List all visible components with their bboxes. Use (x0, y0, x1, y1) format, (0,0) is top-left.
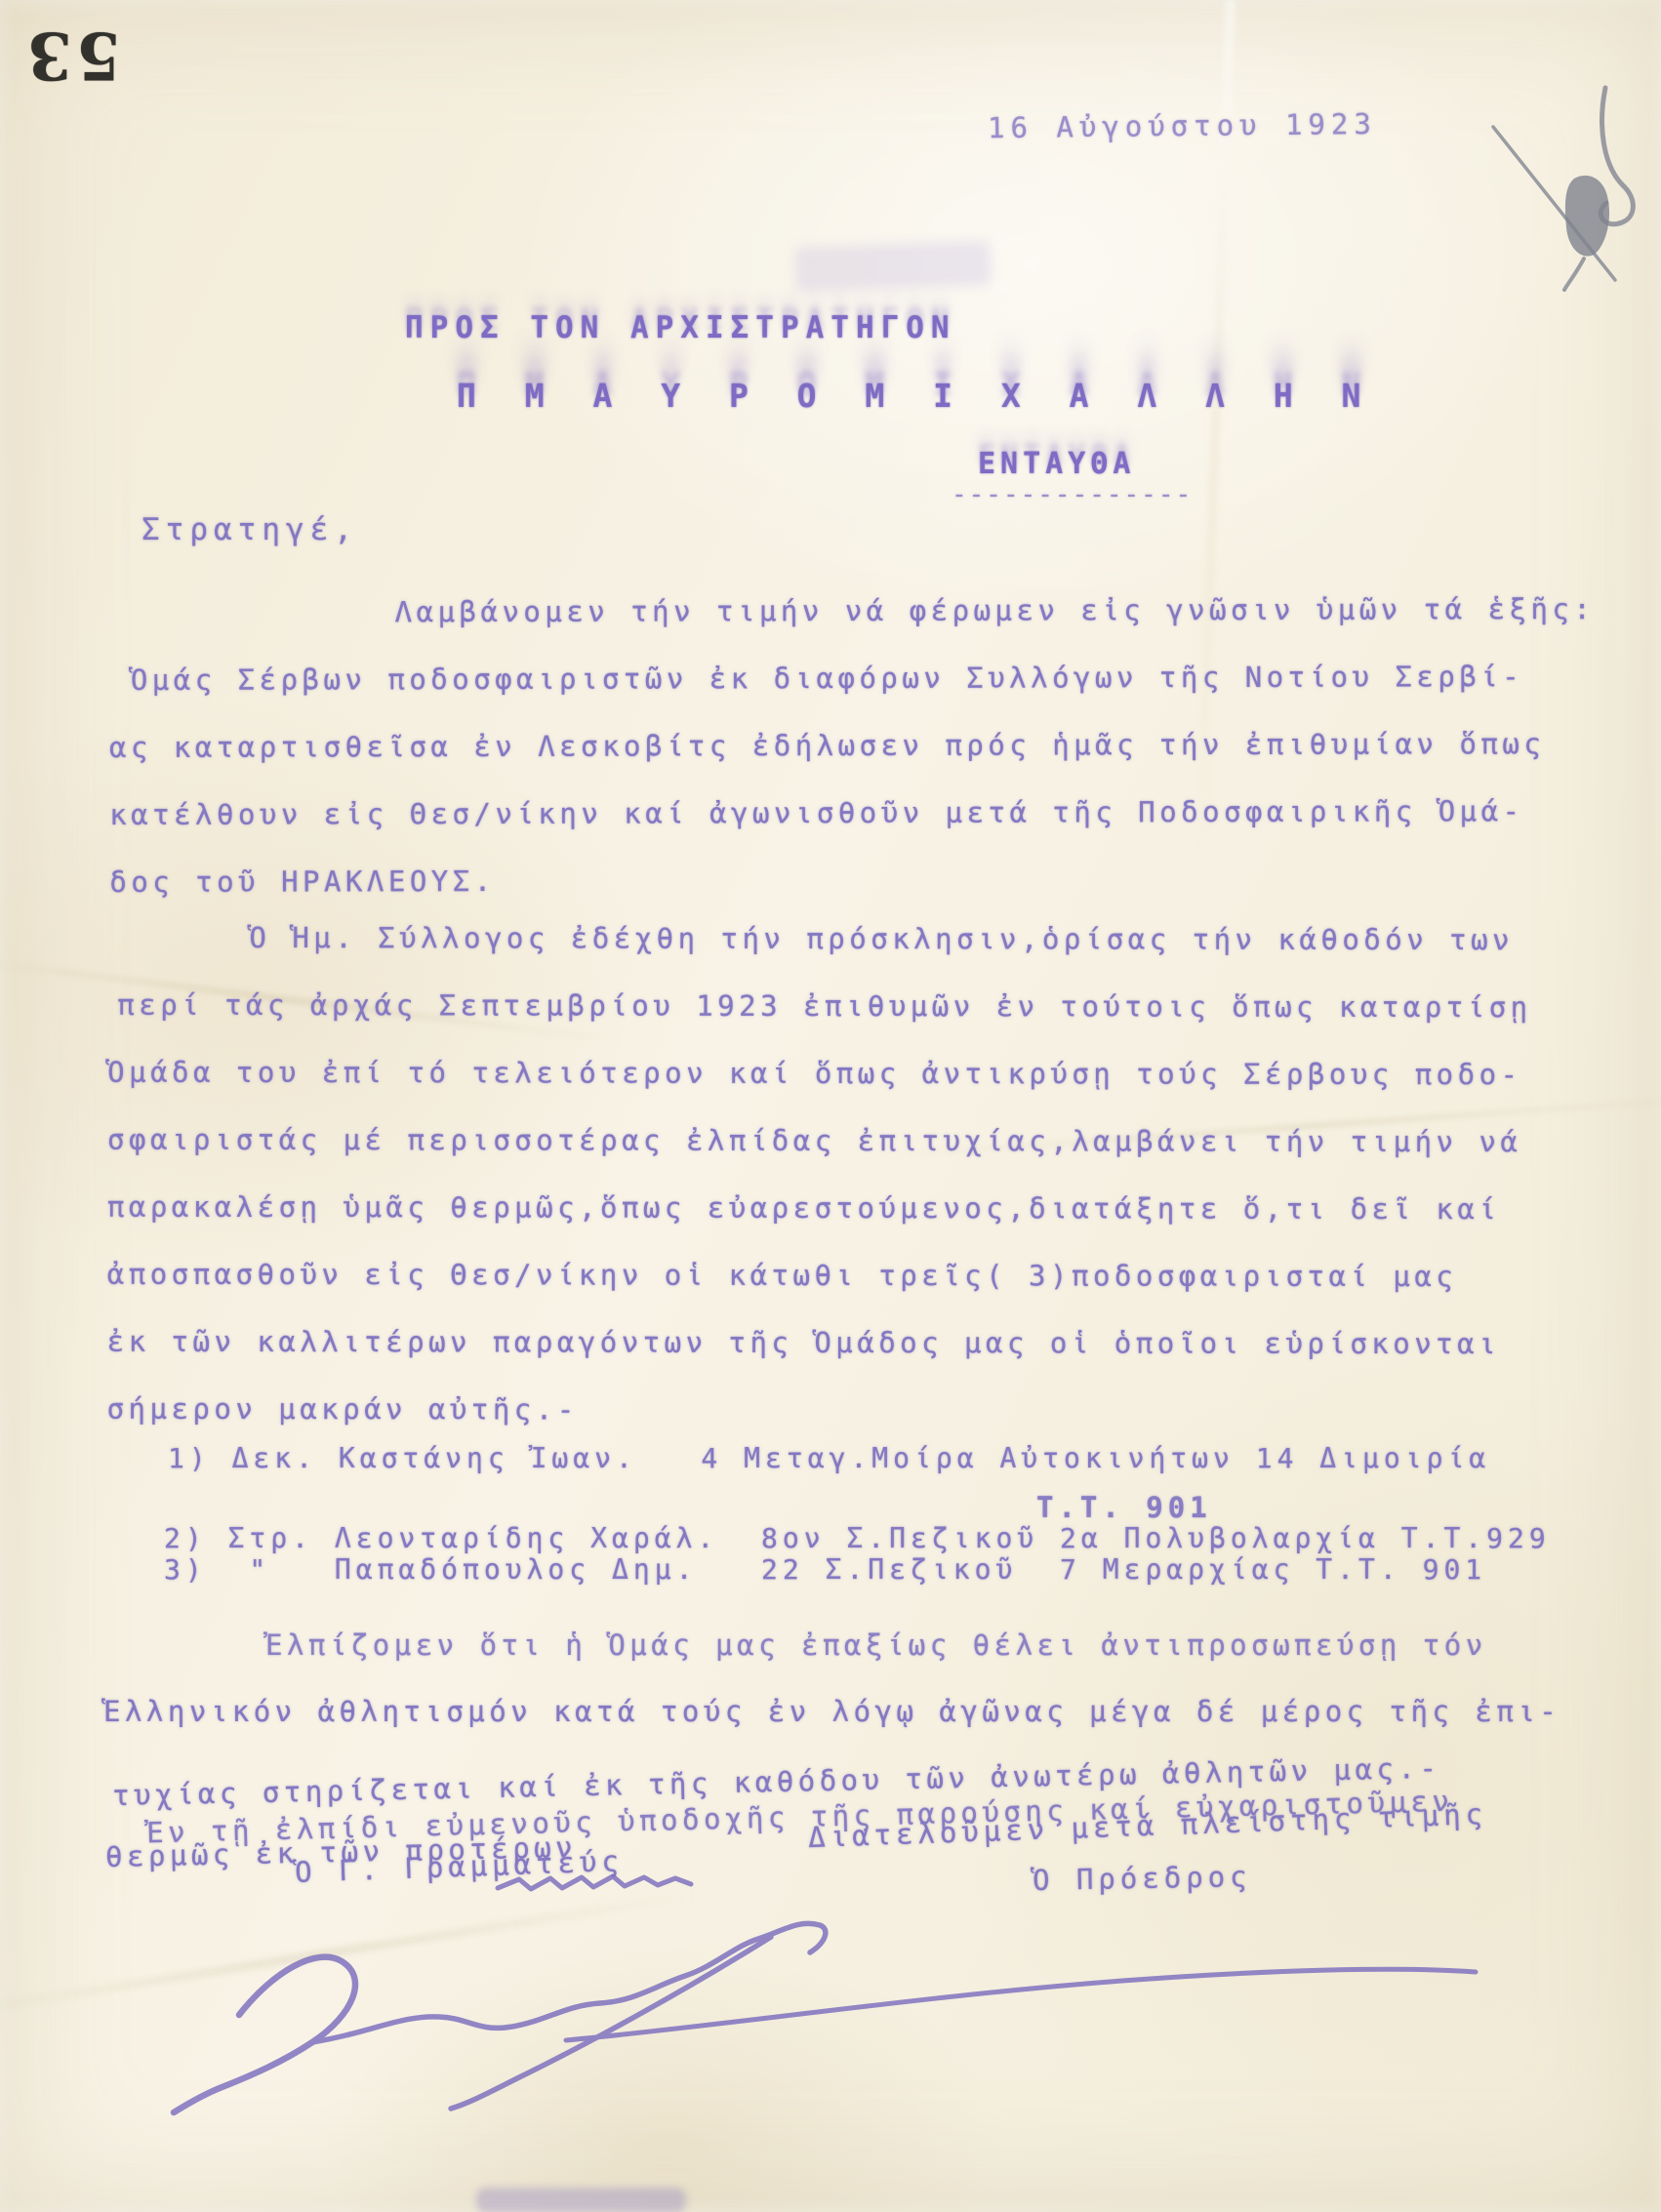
list-item-3: 3) " Παπαδόπουλος Δημ. 22 Σ.Πεζικοῦ 7 Με… (164, 1553, 1486, 1586)
date-line: 16 Αὐγούστου 1923 (988, 107, 1377, 144)
body-line: κατέλθουν εἰς Θεσ/νίκην καί ἀγωνισθοῦν μ… (109, 778, 1596, 849)
pencil-mark (1459, 73, 1661, 293)
ink-smudge (476, 2188, 686, 2212)
closing-line: Ἑλληνικόν ἀθλητισμόν κατά τούς ἐν λόγῳ ἀ… (103, 1678, 1560, 1746)
body-line: Ὁμάδα του ἐπί τό τελειότερον καί ὅπως ἀν… (107, 1039, 1531, 1109)
recipient-line-2: Π Μ Α Υ Ρ Ο Μ Ι Χ Α Λ Λ Η Ν (457, 377, 1375, 415)
body-line: περί τάς ἀρχάς Σεπτεμβρίου 1923 ἐπιθυμῶν… (117, 972, 1531, 1042)
recipient-line-3: ΕΝΤΑΥΘΑ (978, 447, 1135, 481)
body-line: Ὁ Ἡμ. Σύλλογος ἐδέχθη τήν πρόσκλησιν,ὁρί… (249, 905, 1531, 974)
body-line: σήμερον μακράν αὐτῆς.- (107, 1376, 1531, 1446)
ink-smudge (794, 241, 991, 293)
signature (146, 1869, 1513, 2122)
pencil-blob (1565, 176, 1609, 257)
recipient-line-1: ΠΡΟΣ ΤΟΝ ΑΡΧΙΣΤΡΑΤΗΓΟΝ (405, 310, 956, 345)
body-line: ας καταρτισθεῖσα ἐν Λεσκοβίτς ἐδήλωσεν π… (109, 710, 1596, 782)
body-line: σφαιριστάς μέ περισσοτέρας ἐλπίδας ἐπιτυ… (107, 1106, 1531, 1177)
letter-page: 53 16 Αὐγούστου 1923 ΠΡΟΣ ΤΟΝ ΑΡΧΙΣΤΡΑΤΗ… (0, 0, 1661, 2212)
recipient-underline: -------------- (952, 480, 1193, 509)
list-item-1: 1) Δεκ. Καστάνης Ἰωαν. 4 Μεταγ.Μοίρα Αὐτ… (168, 1442, 1490, 1474)
folio-number: 53 (23, 18, 121, 94)
list-item-2: 2) Στρ. Λεονταρίδης Χαράλ. 8ον Σ.Πεζικοῦ… (164, 1522, 1551, 1554)
body-line: Λαμβάνομεν τήν τιμήν νά φέρωμεν εἰς γνῶσ… (395, 576, 1596, 646)
paragraph-2: Ὁ Ἡμ. Σύλλογος ἐδέχθη τήν πρόσκλησιν,ὁρί… (107, 905, 1532, 1446)
body-line: παρακαλέσῃ ὑμᾶς θερμῶς,ὅπως εὐαρεστούμεν… (107, 1174, 1531, 1244)
paragraph-1: Λαμβάνομεν τήν τιμήν νά φέρωμεν εἰς γνῶσ… (109, 576, 1597, 916)
closing-line: Ἐλπίζομεν ὅτι ἡ Ὁμάς μας ἐπαξίως θέλει ἀ… (265, 1612, 1487, 1679)
body-line: ἀποσπασθοῦν εἰς Θεσ/νίκην οἱ κάτωθι τρεῖ… (107, 1241, 1531, 1311)
body-line: ἐκ τῶν καλλιτέρων παραγόντων τῆς Ὁμάδος … (107, 1308, 1531, 1379)
list-item-1-postal: Τ.Τ. 901 (1036, 1491, 1212, 1524)
body-line: Ὁμάς Σέρβων ποδοσφαιριστῶν ἐκ διαφόρων Σ… (131, 643, 1596, 714)
salutation: Στρατηγέ, (142, 512, 358, 547)
